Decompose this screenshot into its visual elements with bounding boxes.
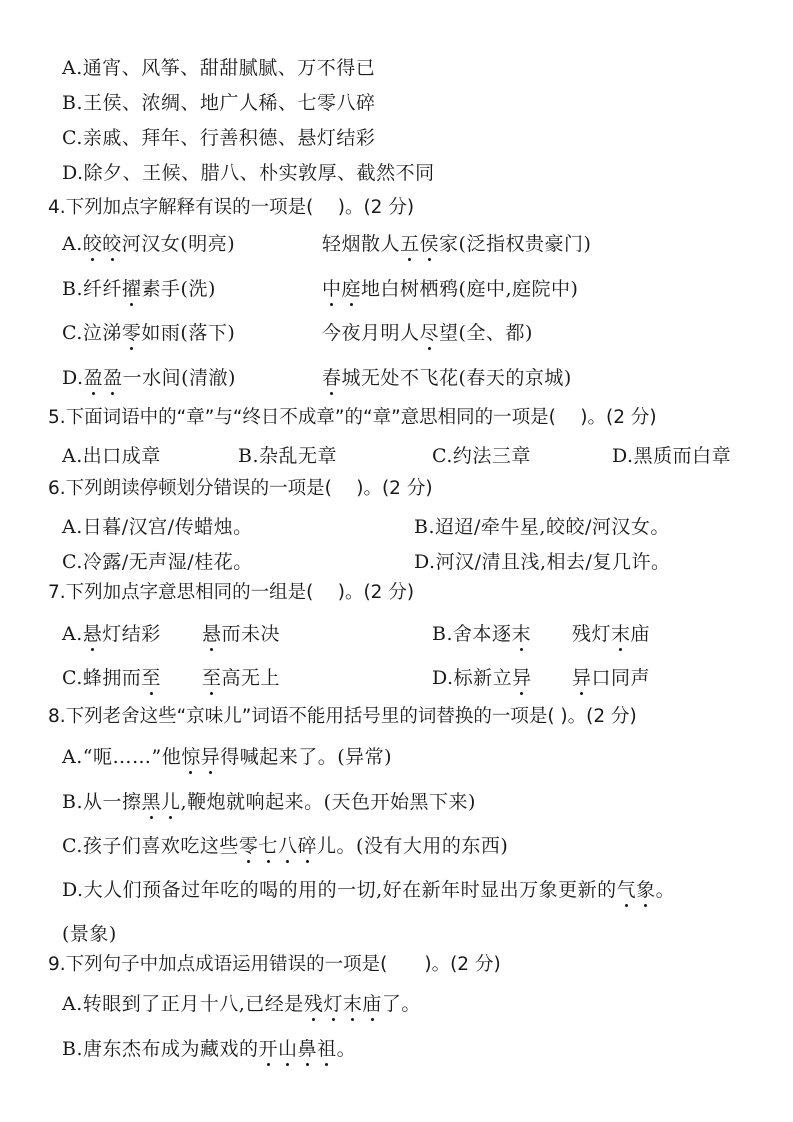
emphasized-char: 气: [617, 878, 637, 902]
option-text: 轻烟散人: [322, 233, 400, 255]
emphasized-char: 七: [258, 834, 278, 858]
q7-option: C.蜂拥而至: [62, 666, 161, 690]
emphasized-char: 中: [322, 277, 342, 301]
emphasized-char: 侯: [420, 232, 440, 256]
option-text: D.河汉/清且浅,相去/复几许。: [414, 551, 670, 573]
emphasized-char: 灯: [323, 992, 343, 1016]
exam-page: A.通宵、风筝、甜甜腻腻、万不得已B.王侯、浓绸、地广人稀、七零八碎C.亲戚、拜…: [0, 0, 793, 1122]
option-text: 灯结彩: [102, 623, 161, 645]
emphasized-char: 至: [141, 666, 161, 690]
question-q5-stem: 5.下面词语中的“章”与“终日不成章”的“章”意思相同的一项是( )。(2 分): [48, 406, 657, 430]
emphasized-char: 残: [304, 992, 324, 1016]
option-text: ,鞭炮就响起来。(天色开始黑下来): [181, 791, 476, 813]
q7-option: 悬而未决: [202, 622, 280, 646]
option-text: B.从一擦: [62, 791, 142, 813]
option-text: (景象): [62, 923, 117, 945]
option-text: B.杂乱无章: [238, 445, 337, 467]
q5-option: B.杂乱无章: [238, 444, 337, 468]
q4-option: 轻烟散人五侯家(泛指权贵豪门): [322, 232, 591, 256]
q9-option: B.唐东杰布成为藏戏的开山鼻祖。: [62, 1037, 356, 1061]
q7-option: 异口同声: [572, 666, 650, 690]
q7-option: 残灯末庙: [572, 622, 650, 646]
emphasized-char: 庭: [342, 277, 362, 301]
q7-option: B.舍本逐末: [432, 622, 531, 646]
option-text: C.冷露/无声湿/桂花。: [62, 551, 253, 573]
option-text: 口同声: [592, 667, 651, 689]
emphasized-char: 至: [202, 666, 222, 690]
option-text: A.转眼到了正月十八,已经是: [62, 993, 304, 1015]
q4-option: 今夜月明人尽望(全、都): [322, 321, 533, 345]
option-text: 。: [656, 879, 676, 901]
emphasized-char: 零: [122, 321, 142, 345]
emphasized-char: 擢: [122, 277, 142, 301]
emphasized-char: 春: [322, 366, 342, 390]
emphasized-char: 鼻: [298, 1037, 318, 1061]
emphasized-char: 尽: [420, 321, 440, 345]
emphasized-char: 异: [201, 745, 221, 769]
emphasized-char: 盈: [103, 366, 123, 390]
emphasized-char: 盈: [84, 366, 104, 390]
option-text: 望(全、都): [439, 322, 533, 344]
q8-option: C.孩子们喜欢吃这些零七八碎儿。(没有大用的东西): [62, 834, 508, 858]
option-text: C.亲戚、拜年、行善积德、悬灯结彩: [62, 127, 375, 149]
q5-option: A.出口成章: [62, 444, 161, 468]
option-text: 城无处不飞花(春天的京城): [342, 367, 572, 389]
option-text: 。: [337, 1038, 357, 1060]
q4-option: 春城无处不飞花(春天的京城): [322, 366, 572, 390]
q4-option: A.皎皎河汉女(明亮): [62, 232, 235, 256]
emphasized-char: 黑: [142, 790, 162, 814]
emphasized-char: 异: [512, 666, 532, 690]
q4-option: 中庭地白树栖鸦(庭中,庭院中): [322, 277, 578, 301]
q3-option: B.王侯、浓绸、地广人稀、七零八碎: [62, 91, 376, 115]
emphasized-char: 庙: [362, 992, 382, 1016]
option-text: D.标新立: [432, 667, 512, 689]
option-text: 一水间(清澈): [123, 367, 236, 389]
option-text: 高无上: [222, 667, 281, 689]
option-text: A.出口成章: [62, 445, 161, 467]
question-q9-stem: 9.下列句子中加点成语运用错误的一项是( )。(2 分): [48, 953, 501, 977]
option-text: 了。: [382, 993, 421, 1015]
option-text: A.: [62, 623, 83, 645]
option-text: 儿。(没有大用的东西): [317, 835, 508, 857]
option-text: 家(泛指权贵豪门): [439, 233, 591, 255]
option-text: B.纤纤: [62, 278, 122, 300]
q3-option: C.亲戚、拜年、行善积德、悬灯结彩: [62, 126, 375, 150]
q9-option: A.转眼到了正月十八,已经是残灯末庙了。: [62, 992, 421, 1016]
q6-option: C.冷露/无声湿/桂花。: [62, 550, 253, 574]
option-text: A.: [62, 233, 83, 255]
option-text: 得喊起来了。(异常): [220, 746, 392, 768]
option-text: B.迢迢/牵牛星,皎皎/河汉女。: [414, 516, 670, 538]
question-q6-stem: 6.下列朗读停顿划分错误的一项是( )。(2 分): [48, 477, 433, 501]
emphasized-char: 碎: [297, 834, 317, 858]
q5-option: D.黑质而白章: [612, 444, 731, 468]
option-text: 残灯: [572, 623, 611, 645]
q5-option: C.约法三章: [432, 444, 531, 468]
option-text: D.除夕、王候、腊八、朴实敦厚、截然不同: [62, 162, 435, 184]
emphasized-char: 开: [259, 1037, 279, 1061]
option-text: B.王侯、浓绸、地广人稀、七零八碎: [62, 92, 376, 114]
emphasized-char: 悬: [202, 622, 222, 646]
q8-option: (景象): [62, 922, 117, 946]
q3-option: A.通宵、风筝、甜甜腻腻、万不得已: [62, 56, 375, 80]
emphasized-char: 异: [572, 666, 592, 690]
q4-option: B.纤纤擢素手(洗): [62, 277, 216, 301]
q7-option: A.悬灯结彩: [62, 622, 161, 646]
option-text: 地白树栖鸦(庭中,庭院中): [361, 278, 578, 300]
option-text: A.通宵、风筝、甜甜腻腻、万不得已: [62, 57, 375, 79]
option-text: D.黑质而白章: [612, 445, 731, 467]
question-q8-stem: 8.下列老舍这些“京味儿”词语不能用括号里的词替换的一项是( )。(2 分): [48, 705, 637, 729]
emphasized-char: 五: [400, 232, 420, 256]
option-text: A.日暮/汉宫/传蜡烛。: [62, 516, 253, 538]
emphasized-char: 惊: [181, 745, 201, 769]
q3-option: D.除夕、王候、腊八、朴实敦厚、截然不同: [62, 161, 435, 185]
option-text: 素手(洗): [142, 278, 216, 300]
emphasized-char: 山: [278, 1037, 298, 1061]
emphasized-char: 悬: [83, 622, 103, 646]
q8-option: A.“呃……”他惊异得喊起来了。(异常): [62, 745, 392, 769]
question-q4-stem: 4.下列加点字解释有误的一项是( )。(2 分): [48, 196, 414, 220]
emphasized-char: 祖: [317, 1037, 337, 1061]
q4-option: C.泣涕零如雨(落下): [62, 321, 235, 345]
emphasized-char: 末: [343, 992, 363, 1016]
option-text: 今夜月明人: [322, 322, 420, 344]
option-text: A.“呃……”他: [62, 746, 181, 768]
q8-option: B.从一擦黑儿,鞭炮就响起来。(天色开始黑下来): [62, 790, 476, 814]
emphasized-char: 八: [278, 834, 298, 858]
emphasized-char: 象: [636, 878, 656, 902]
emphasized-char: 末: [512, 622, 532, 646]
option-text: 庙: [631, 623, 651, 645]
option-text: C.泣涕: [62, 322, 122, 344]
q7-option: 至高无上: [202, 666, 280, 690]
q6-option: B.迢迢/牵牛星,皎皎/河汉女。: [414, 515, 670, 539]
option-text: D.: [62, 367, 84, 389]
option-text: B.舍本逐: [432, 623, 512, 645]
option-text: C.孩子们喜欢吃这些: [62, 835, 239, 857]
option-text: C.蜂拥而: [62, 667, 141, 689]
q8-option: D.大人们预备过年吃的喝的用的一切,好在新年时显出万象更新的气象。: [62, 878, 675, 902]
option-text: 河汉女(明亮): [122, 233, 235, 255]
emphasized-char: 皎: [102, 232, 122, 256]
option-text: 而未决: [222, 623, 281, 645]
emphasized-char: 末: [611, 622, 631, 646]
q6-option: D.河汉/清且浅,相去/复几许。: [414, 550, 670, 574]
q4-option: D.盈盈一水间(清澈): [62, 366, 236, 390]
option-text: B.唐东杰布成为藏戏的: [62, 1038, 259, 1060]
option-text: C.约法三章: [432, 445, 531, 467]
option-text: D.大人们预备过年吃的喝的用的一切,好在新年时显出万象更新的: [62, 879, 617, 901]
question-q7-stem: 7.下列加点字意思相同的一组是( )。(2 分): [48, 581, 414, 605]
option-text: 如雨(落下): [141, 322, 235, 344]
emphasized-char: 儿: [161, 790, 181, 814]
emphasized-char: 皎: [83, 232, 103, 256]
q7-option: D.标新立异: [432, 666, 532, 690]
q6-option: A.日暮/汉宫/传蜡烛。: [62, 515, 253, 539]
emphasized-char: 零: [239, 834, 259, 858]
